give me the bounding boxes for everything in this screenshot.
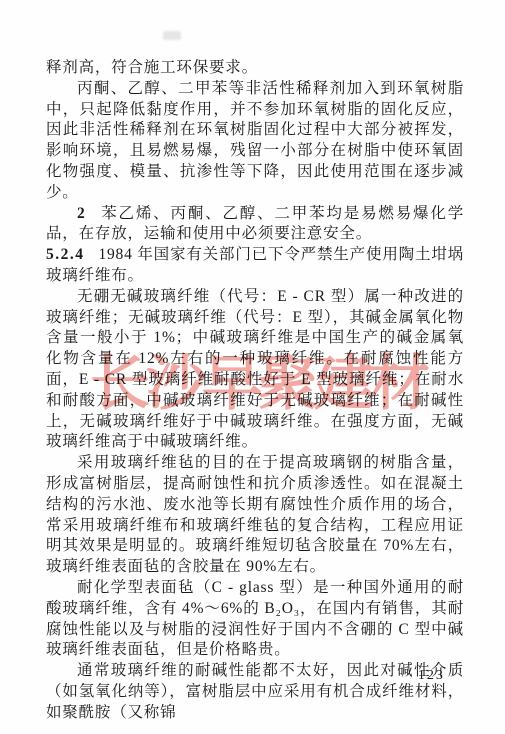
body-paragraph: 耐化学型表面毡（C - glass 型）是一种国外通用的耐酸玻璃纤维，含有 4%…: [46, 578, 464, 661]
body-paragraph: 5.2.41984 年国家有关部门已下令严禁生产使用陶土坩埚玻璃纤维布。: [46, 245, 464, 287]
section-number: 5.2.4: [46, 246, 85, 263]
paragraph-text: 采用玻璃纤维毡的目的在于提高玻璃钢的树脂含量，形成富树脂层，提高耐蚀性和抗介质渗…: [46, 454, 464, 575]
scan-smudge: [163, 31, 181, 40]
body-paragraph: 释剂高，符合施工环保要求。: [46, 58, 464, 79]
paragraph-text: 苯乙烯、丙酮、乙醇、二甲苯均是易燃易爆化学品，在存放，运输和使用中必须要注意安全…: [46, 205, 464, 243]
body-paragraph: 采用玻璃纤维毡的目的在于提高玻璃钢的树脂含量，形成富树脂层，提高耐蚀性和抗介质渗…: [46, 453, 464, 578]
paragraph-text: 丙酮、乙醇、二甲苯等非活性稀释剂加入到环氧树脂中，只起降低黏度作用，并不参加环氧…: [46, 80, 464, 201]
page-number: · 123 ·: [406, 668, 457, 684]
paragraph-text: 无硼无碱玻璃纤维（代号：E - CR 型）属一种改进的玻璃纤维；无碱玻璃纤维（代…: [46, 288, 464, 451]
body-paragraph: 通常玻璃纤维的耐碱性能都不太好，因此对碱性介质（如氢氧化纳等），富树脂层中应采用…: [46, 661, 464, 723]
book-page: 长沙早聚建材 释剂高，符合施工环保要求。 丙酮、乙醇、二甲苯等非活性稀释剂加入到…: [0, 0, 505, 734]
body-paragraph: 无硼无碱玻璃纤维（代号：E - CR 型）属一种改进的玻璃纤维；无碱玻璃纤维（代…: [46, 287, 464, 453]
body-paragraph: 丙酮、乙醇、二甲苯等非活性稀释剂加入到环氧树脂中，只起降低黏度作用，并不参加环氧…: [46, 79, 464, 204]
paragraph-text: 释剂高，符合施工环保要求。: [46, 59, 258, 76]
paragraph-text: 耐化学型表面毡（C - glass 型）是一种国外通用的耐酸玻璃纤维，含有 4%…: [46, 579, 464, 658]
body-text: 释剂高，符合施工环保要求。 丙酮、乙醇、二甲苯等非活性稀释剂加入到环氧树脂中，只…: [46, 58, 464, 724]
paragraph-text: 通常玻璃纤维的耐碱性能都不太好，因此对碱性介质（如氢氧化纳等），富树脂层中应采用…: [46, 662, 464, 721]
list-item-number: 2: [77, 205, 86, 222]
body-paragraph: 2苯乙烯、丙酮、乙醇、二甲苯均是易燃易爆化学品，在存放，运输和使用中必须要注意安…: [46, 204, 464, 246]
paragraph-text: 1984 年国家有关部门已下令严禁生产使用陶土坩埚玻璃纤维布。: [46, 246, 464, 284]
